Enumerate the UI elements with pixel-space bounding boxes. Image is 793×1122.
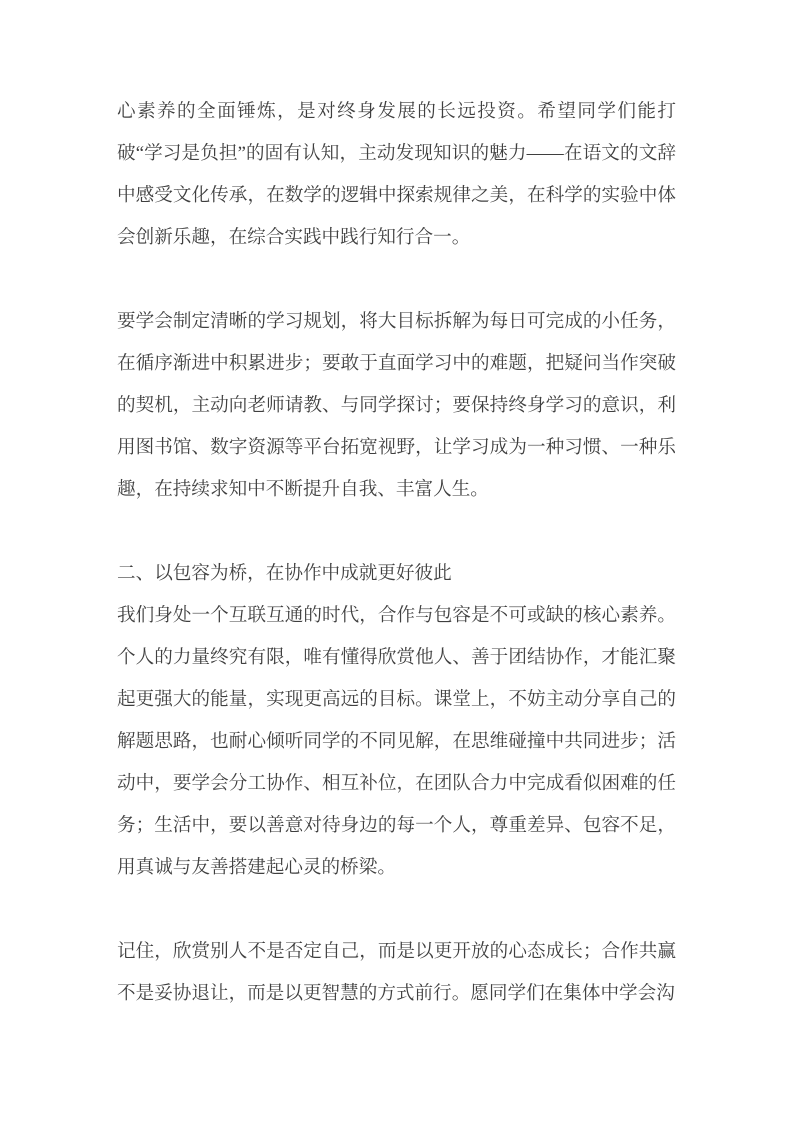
paragraph-cooperation: 我们身处一个互联互通的时代，合作与包容是不可或缺的核心素养。个人的力量终究有限，… [117, 595, 676, 889]
section-heading-tolerance: 二、以包容为桥，在协作中成就更好彼此 [117, 553, 676, 595]
document-page: 心素养的全面锤炼，是对终身发展的长远投资。希望同学们能打破“学习是负担”的固有认… [0, 0, 793, 1122]
paragraph-study-planning: 要学会制定清晰的学习规划，将大目标拆解为每日可完成的小任务，在循序渐进中积累进步… [117, 301, 676, 511]
paragraph-core-literacy: 心素养的全面锤炼，是对终身发展的长远投资。希望同学们能打破“学习是负担”的固有认… [117, 91, 676, 259]
paragraph-appreciation: 记住，欣赏别人不是否定自己，而是以更开放的心态成长；合作共赢不是妥协退让，而是以… [117, 931, 676, 1015]
